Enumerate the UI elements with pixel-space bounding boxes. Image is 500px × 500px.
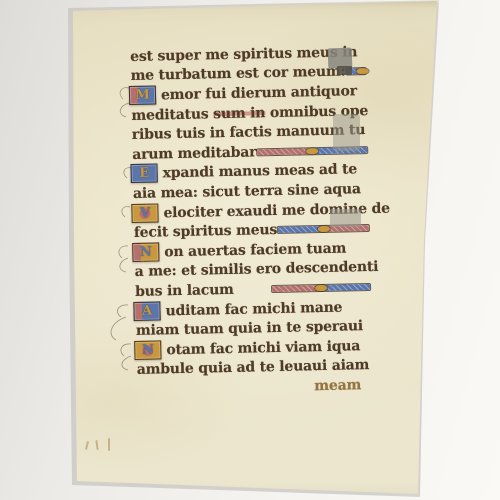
illuminated-initial-A: A (133, 301, 160, 321)
rose-filler-segment (272, 285, 318, 292)
rose-filler-segment (257, 148, 309, 155)
line-filler (277, 224, 370, 234)
line-text: otam fac michi viam iqua (166, 338, 360, 358)
line-text: arum meditabar (132, 144, 256, 163)
blue-filler-segment (278, 226, 321, 233)
pencil-inscription (84, 437, 124, 453)
line-text: uditam fac michi mane (165, 299, 342, 319)
line-text: xpandi manus meas ad te (162, 162, 357, 182)
gold-filler-segment (357, 68, 369, 74)
illuminated-initial-E: E (130, 164, 157, 184)
line-filler (256, 146, 368, 156)
line-text: me turbatum est cor meum: (130, 64, 345, 84)
manuscript-photo: est super me spiritus meus inme turbatum… (0, 0, 500, 500)
rubricated-correction: sum in (213, 105, 265, 122)
line-filler (345, 67, 366, 75)
line-text: emor fui dierum antiquor (161, 83, 357, 103)
rose-filler-segment (326, 225, 369, 232)
blue-filler-segment (324, 284, 370, 291)
line-text: on auertas faciem tuam (164, 240, 346, 260)
line-text: fecit spiritus meus (134, 222, 277, 241)
blue-filler-segment (315, 147, 367, 154)
line-filler (271, 283, 371, 293)
text-block: est super me spiritus meus inme turbatum… (130, 42, 375, 400)
illuminated-initial-N: N (132, 242, 159, 262)
illuminated-initial-N: N (134, 340, 161, 360)
illuminated-initial-M: M (129, 85, 156, 105)
line-text: bus in lacum (135, 282, 234, 300)
illuminated-initial-V: V (131, 203, 158, 223)
line-text: meam (314, 377, 361, 394)
gold-filler-segment (306, 148, 318, 154)
